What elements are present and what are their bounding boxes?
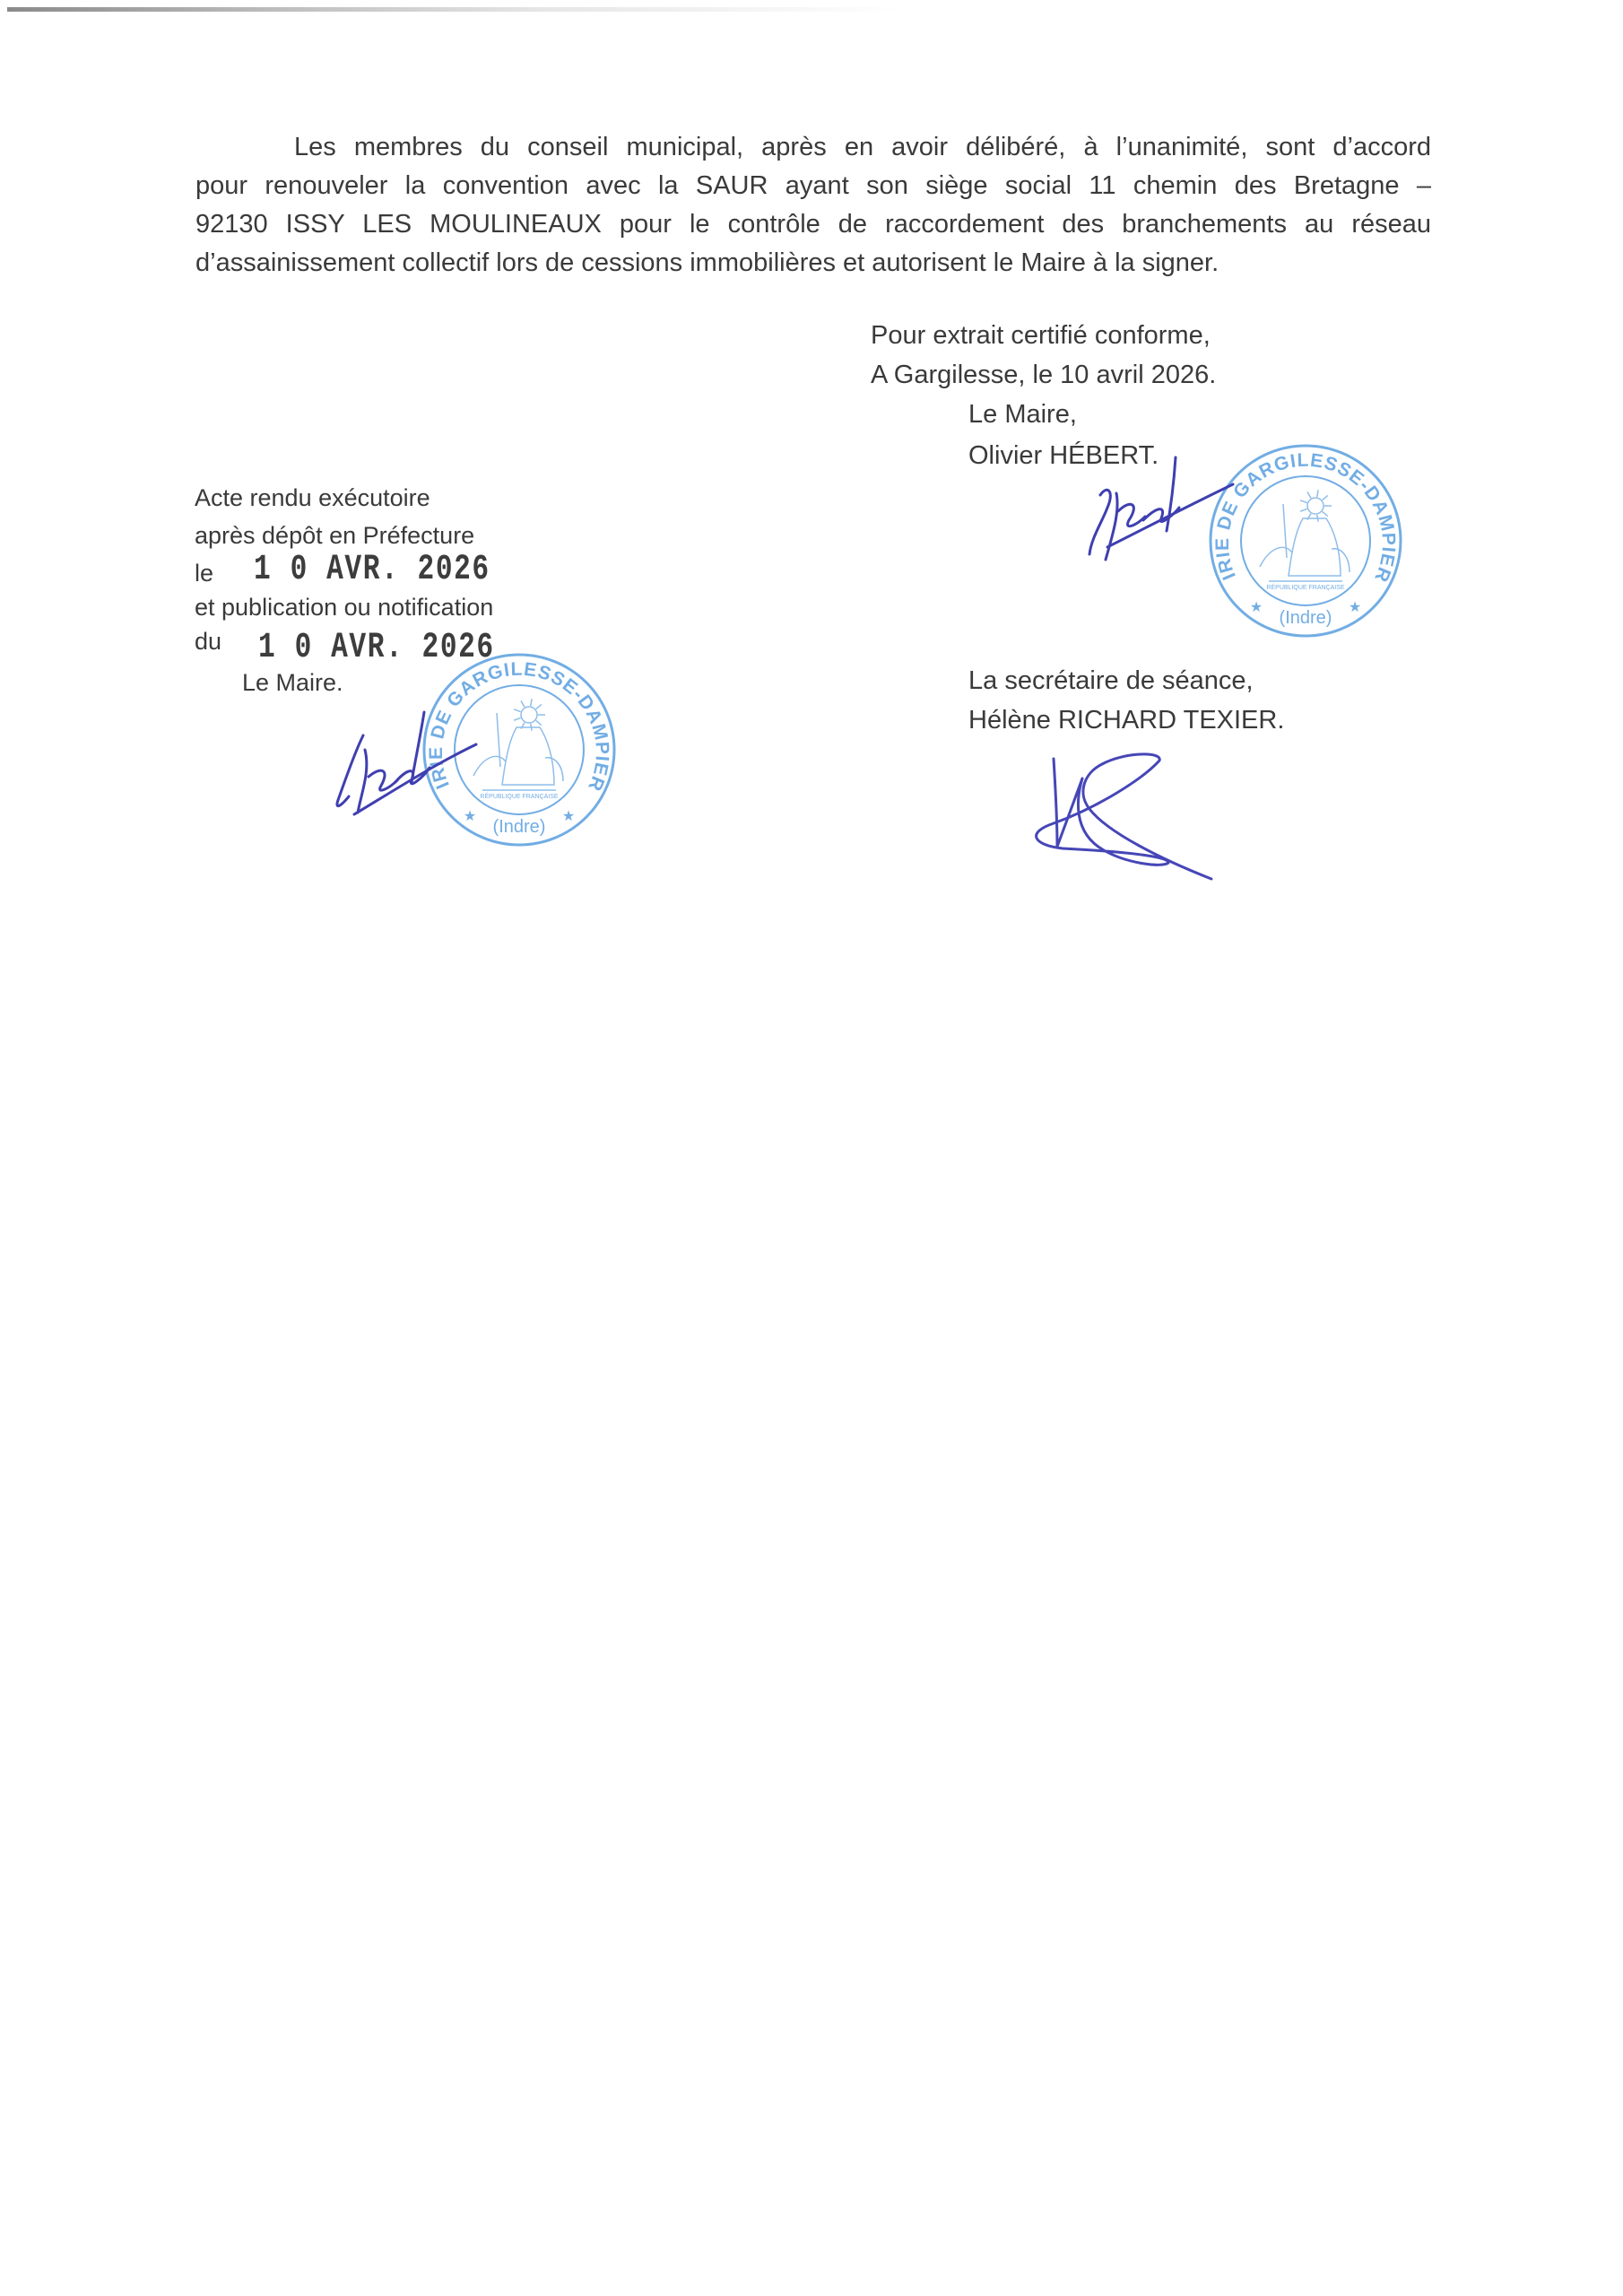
svg-text:(Indre): (Indre) bbox=[1280, 608, 1332, 628]
certification-line: Pour extrait certifié conforme, bbox=[871, 316, 1211, 355]
executoire-le-label: le bbox=[195, 555, 213, 591]
paragraph-line: d’assainissement collectif lors de cessi… bbox=[195, 244, 1431, 283]
scan-edge-shadow bbox=[7, 7, 904, 12]
executoire-signoff: Le Maire. bbox=[242, 665, 343, 700]
executoire-du-label: du bbox=[195, 623, 221, 659]
executoire-line: après dépôt en Préfecture bbox=[195, 517, 474, 553]
deliberation-paragraph: Les membres du conseil municipal, après … bbox=[195, 128, 1431, 283]
secretary-title: La secrétaire de séance, bbox=[968, 661, 1254, 700]
paragraph-line: Les membres du conseil municipal, après … bbox=[195, 128, 1431, 167]
secretary-signature-icon bbox=[1027, 743, 1219, 886]
svg-text:RÉPUBLIQUE FRANÇAISE: RÉPUBLIQUE FRANÇAISE bbox=[1266, 583, 1344, 591]
mayor-signature-icon bbox=[318, 700, 480, 825]
certification-place-date: A Gargilesse, le 10 avril 2026. bbox=[871, 355, 1216, 395]
svg-text:★: ★ bbox=[1349, 600, 1361, 615]
svg-text:RÉPUBLIQUE FRANÇAISE: RÉPUBLIQUE FRANÇAISE bbox=[480, 792, 558, 800]
executoire-line: et publication ou notification bbox=[195, 589, 493, 625]
svg-text:(Indre): (Indre) bbox=[493, 817, 546, 837]
executoire-line: Acte rendu exécutoire bbox=[195, 480, 430, 516]
svg-text:★: ★ bbox=[1250, 600, 1263, 615]
prefecture-date-stamp: 1 0 AVR. 2026 bbox=[254, 550, 490, 590]
paragraph-line: pour renouveler la convention avec la SA… bbox=[195, 167, 1431, 205]
secretary-name: Hélène RICHARD TEXIER. bbox=[968, 700, 1284, 740]
mayor-signature-icon bbox=[1081, 448, 1251, 574]
svg-text:★: ★ bbox=[562, 809, 575, 824]
mayor-title: Le Maire, bbox=[968, 395, 1077, 434]
document-page: Les membres du conseil municipal, après … bbox=[0, 0, 1623, 2296]
paragraph-line: 92130 ISSY LES MOULINEAUX pour le contrô… bbox=[195, 205, 1431, 244]
